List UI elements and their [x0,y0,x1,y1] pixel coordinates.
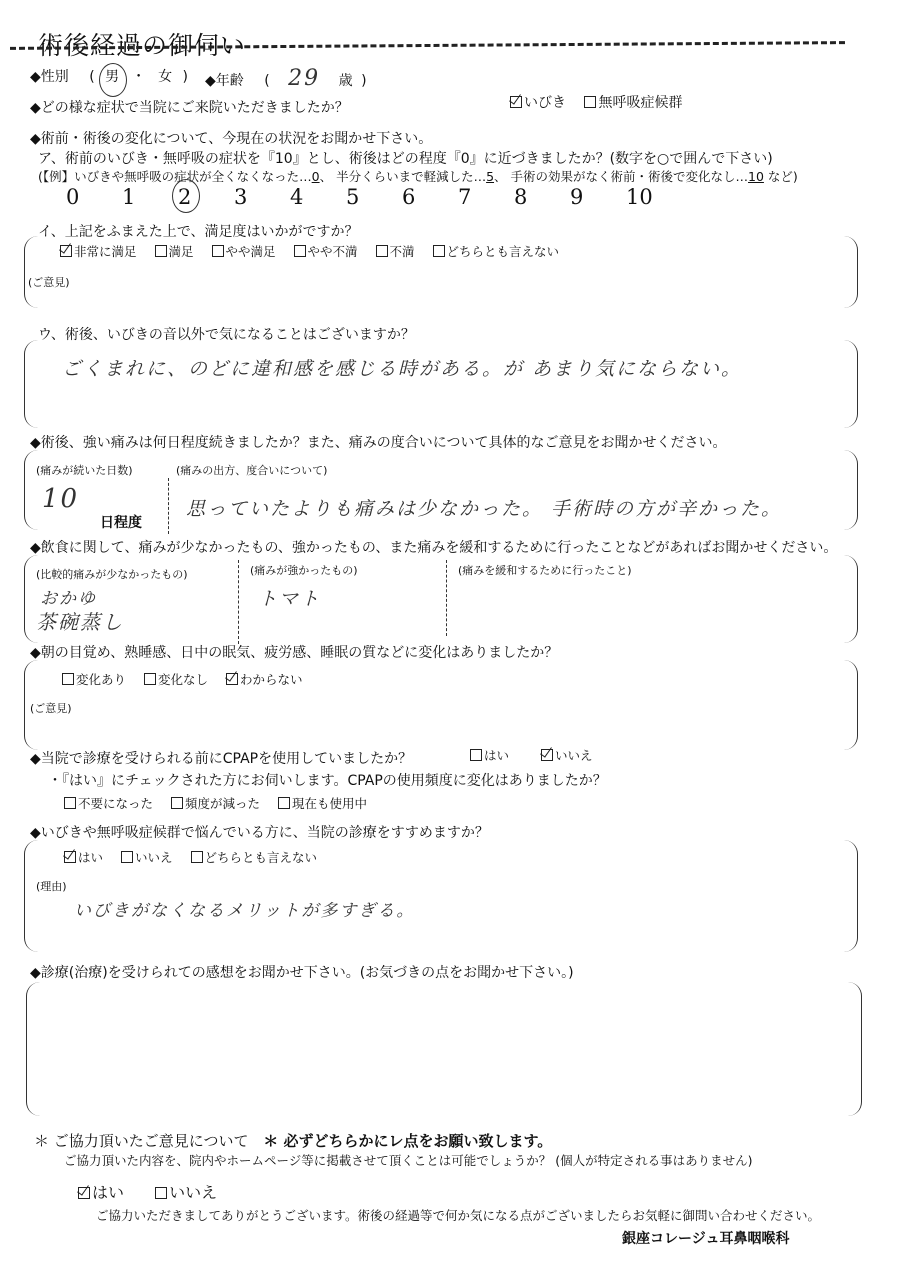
recommend-reason-label: (理由) [36,878,67,894]
recommend-option-neither[interactable]: どちらとも言えない [191,850,318,865]
food-question: ◆飲食に関して、痛みが少なかったもの、強かったもの、また痛みを緩和するために行っ… [30,537,837,557]
checkbox-icon [376,245,388,257]
checkbox-icon [78,1187,90,1199]
food-less-pain-label: (比較的痛みが少なかったもの) [36,566,188,582]
cpap-option-no[interactable]: いいえ [541,748,593,763]
satisfaction-opinion-label: (ご意見) [28,274,70,290]
checkbox-icon [294,245,306,257]
satisfaction-options: 非常に満足 満足 やや満足 やや不満 不満 どちらとも言えない [60,242,573,260]
checkbox-icon [278,797,290,809]
consent-thanks: ご協力いただきましてありがとうございます。術後の経過等で何か気になる点がございま… [96,1206,820,1224]
symptoms-question: ◆どの様な症状で当院にご来院いただきましたか？ [30,97,349,117]
sleep-options: 変化あり 変化なし わからない [62,670,317,688]
sleep-option-no-change[interactable]: 変化なし [144,672,208,687]
recommend-option-no[interactable]: いいえ [121,850,173,865]
cpap-option-still-using[interactable]: 現在も使用中 [278,796,367,811]
consent-heading-left: ＊ ご協力頂いたご意見について [34,1132,248,1150]
scale-2[interactable]: 2 [178,185,234,209]
symptoms-options: いびき 無呼吸症候群 [510,92,696,112]
sleep-opinion-field[interactable] [90,696,830,736]
food-strong-pain-value[interactable]: トマト [258,584,321,611]
satisfaction-option-somewhat-satisfied[interactable]: やや満足 [212,244,276,259]
age-value[interactable]: 29 [288,66,320,91]
scale-10[interactable]: 10 [626,185,682,209]
checkbox-icon [191,851,203,863]
consent-heading-right: ＊ 必ずどちらかにレ点をお願い致します。 [263,1132,552,1150]
food-column-divider-1 [238,560,239,644]
food-column-divider-2 [446,560,447,636]
checkbox-icon [62,673,74,685]
scale-0[interactable]: 0 [66,185,122,209]
scale-8[interactable]: 8 [514,185,570,209]
recommend-option-yes[interactable]: はい [64,850,103,865]
change-example: (【例】いびきや無呼吸の症状が全くなくなった…0、 半分くらいまで軽減した…5、… [38,167,798,185]
age-label: ◆年齢 [205,73,244,89]
form-title: 術後経過の御伺い [38,26,246,62]
scale-3[interactable]: 3 [234,185,290,209]
food-relief-label: (痛みを緩和するために行ったこと) [458,562,632,578]
cpap-followup-options: 不要になった 頻度が減った 現在も使用中 [64,794,381,812]
impressions-question: ◆診療(治療)を受けられての感想をお聞かせ下さい。(お気づきの点をお聞かせ下さい… [30,962,574,982]
satisfaction-option-dissatisfied[interactable]: 不満 [376,244,415,259]
checkbox-icon [584,96,596,108]
cpap-options: はい いいえ [470,746,607,764]
cpap-question: ◆当院で診療を受けられる前にCPAPを使用していましたか？ [30,748,412,768]
pain-detail-value[interactable]: 思っていたよりも痛みは少なかった。 手術時の方が辛かった。 [186,494,782,521]
change-sub-a: ア、術前のいびき・無呼吸の症状を『10』とし、術後はどの程度『0』に近づきました… [38,148,773,168]
checkbox-icon [541,749,553,761]
symptom-option-snoring[interactable]: いびき [510,95,566,111]
clinic-name: 銀座コレージュ耳鼻咽喉科 [622,1228,789,1248]
gender-option-male[interactable]: 男 [105,69,119,85]
sleep-opinion-label: (ご意見) [30,700,72,716]
recommend-options: はい いいえ どちらとも言えない [64,848,331,866]
checkbox-icon [155,245,167,257]
age-field: ◆年齢 ( 29 歳 ) [205,66,367,91]
cpap-followup-question: ・『はい』にチェックされた方にお伺いします。CPAPの使用頻度に変化はありました… [48,770,607,790]
checkbox-icon [121,851,133,863]
satisfaction-option-very-satisfied[interactable]: 非常に満足 [60,244,137,259]
checkbox-icon [64,797,76,809]
change-scale: 012345678910 [66,185,682,209]
scale-9[interactable]: 9 [570,185,626,209]
checkbox-icon [155,1187,167,1199]
food-less-pain-value-2[interactable]: 茶碗蒸し [36,606,124,635]
checkbox-icon [64,851,76,863]
checkbox-icon [470,749,482,761]
checkbox-icon [144,673,156,685]
consent-heading: ＊ ご協力頂いたご意見について ＊ 必ずどちらかにレ点をお願い致します。 [34,1130,552,1151]
scale-5[interactable]: 5 [346,185,402,209]
pain-days-unit: 日程度 [100,512,142,532]
symptom-option-apnea[interactable]: 無呼吸症候群 [584,95,682,111]
sleep-question: ◆朝の目覚め、熟睡感、日中の眠気、疲労感、睡眠の質などに変化はありましたか？ [30,642,558,662]
recommend-reason-value[interactable]: いびきがなくなるメリットが多すぎる。 [74,896,415,921]
scale-7[interactable]: 7 [458,185,514,209]
gender-field: ◆性別 ( 男 ・ 女 ) [30,66,188,86]
scale-6[interactable]: 6 [402,185,458,209]
pain-detail-label: (痛みの出方、度合いについて) [176,462,327,478]
food-relief-field[interactable] [458,584,838,634]
food-strong-pain-label: (痛みが強かったもの) [250,562,358,578]
pain-question: ◆術後、強い痛みは何日程度続きましたか？また、痛みの度合いについて具体的なご意見… [30,432,726,452]
scale-1[interactable]: 1 [122,185,178,209]
consent-option-no[interactable]: いいえ [155,1183,217,1202]
age-unit: 歳 [339,73,353,89]
pain-column-divider [168,478,169,534]
satisfaction-option-somewhat-dissatisfied[interactable]: やや不満 [294,244,358,259]
gender-label: ◆性別 [30,69,69,85]
gender-option-female[interactable]: 女 [158,69,172,85]
pain-days-value[interactable]: 10 [42,484,79,514]
consent-question: ご協力頂いた内容を、院内やホームページ等に掲載させて頂くことは可能でしょうか？ … [64,1151,752,1169]
consent-options: はい いいえ [78,1180,231,1203]
checkbox-icon [433,245,445,257]
checkbox-icon [171,797,183,809]
consent-option-yes[interactable]: はい [78,1183,124,1202]
checkbox-icon [510,96,522,108]
satisfaction-opinion-field[interactable] [90,270,830,300]
scale-4[interactable]: 4 [290,185,346,209]
impressions-field[interactable] [50,995,830,1105]
cpap-option-unneeded[interactable]: 不要になった [64,796,153,811]
change-question: ◆術前・術後の変化について、今現在の状況をお聞かせ下さい。 [30,128,432,148]
cpap-option-yes[interactable]: はい [470,748,509,763]
pain-days-label: (痛みが続いた日数) [36,462,133,478]
checkbox-icon [212,245,224,257]
other-concerns-answer[interactable]: ごくまれに、のどに違和感を感じる時がある。が あまり気にならない。 [62,354,742,381]
checkbox-icon [60,245,72,257]
checkbox-icon [226,673,238,685]
sleep-option-unknown[interactable]: わからない [226,672,303,687]
cpap-option-reduced[interactable]: 頻度が減った [171,796,260,811]
satisfaction-option-neither[interactable]: どちらとも言えない [433,244,560,259]
satisfaction-option-satisfied[interactable]: 満足 [155,244,194,259]
recommend-question: ◆いびきや無呼吸症候群で悩んでいる方に、当院の診療をすすめますか？ [30,822,489,842]
sleep-option-changed[interactable]: 変化あり [62,672,126,687]
